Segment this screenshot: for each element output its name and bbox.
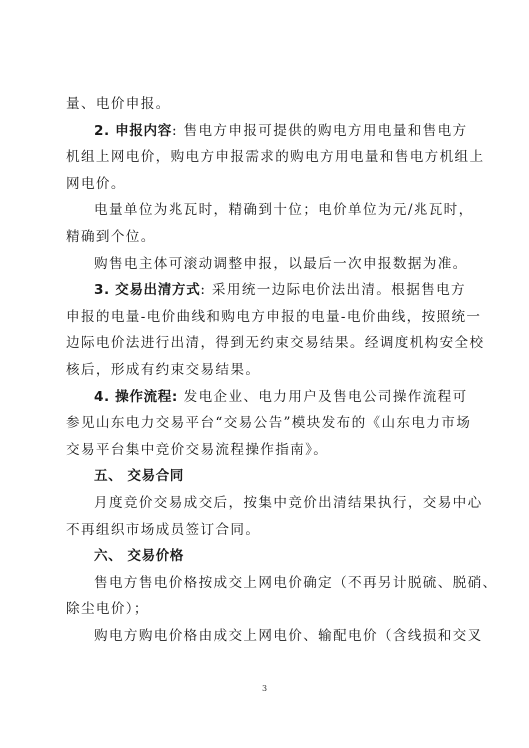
section-item-operation-process: 4. 操作流程: 发电企业、电力用户及售电公司操作流程可: [66, 384, 462, 411]
paragraph-line: 购售电主体可滚动调整申报，以最后一次申报数据为准。: [66, 251, 462, 278]
paragraph-line: 量、电价申报。: [66, 91, 462, 118]
paragraph-line: 机组上网电价，购电方申报需求的购电方用电量和售电方机组上: [66, 144, 462, 171]
paragraph-line: 参见山东电力交易平台“交易公告”模块发布的《山东电力市场: [66, 410, 462, 437]
section-heading-price: 六、 交易价格: [66, 543, 462, 570]
line-text: : 采用统一边际电价法出清。根据售电方: [200, 282, 466, 298]
paragraph-line: 交易平台集中竞价交易流程操作指南》。: [66, 437, 462, 464]
line-text: 电量单位为兆瓦时，精确到十位；电价单位为元/兆瓦时，: [94, 202, 474, 218]
paragraph-line: 精确到个位。: [66, 224, 462, 251]
item-label: 3. 交易出清方式: [94, 282, 200, 298]
section-item-clearing-method: 3. 交易出清方式: 采用统一边际电价法出清。根据售电方: [66, 277, 462, 304]
line-text: 参见山东电力交易平台“交易公告”模块发布的《山东电力市场: [66, 415, 471, 431]
item-label: 2. 申报内容: [94, 123, 172, 139]
line-text: : 售电方申报可提供的购电方用电量和售电方: [172, 123, 468, 139]
paragraph-line: 售电方售电价格按成交上网电价确定（不再另计脱硫、脱硝、: [66, 570, 462, 597]
heading-text: 五、 交易合同: [94, 468, 184, 484]
item-label: 4. 操作流程:: [94, 389, 178, 405]
paragraph-line: 边际电价法进行出清，得到无约束交易结果。经调度机构安全校: [66, 330, 462, 357]
line-text: 交易平台集中竞价交易流程操作指南》。: [66, 442, 328, 458]
paragraph-line: 申报的电量-电价曲线和购电方申报的电量-电价曲线，按照统一: [66, 304, 462, 331]
paragraph-line: 购电方购电价格由成交上网电价、输配电价（含线损和交叉: [66, 623, 462, 650]
line-text: 售电方售电价格按成交上网电价确定（不再另计脱硫、脱硝、: [94, 575, 497, 591]
document-body: 量、电价申报。 2. 申报内容: 售电方申报可提供的购电方用电量和售电方 机组上…: [66, 91, 462, 649]
line-text: 边际电价法进行出清，得到无约束交易结果。经调度机构安全校: [66, 335, 484, 351]
document-page: 量、电价申报。 2. 申报内容: 售电方申报可提供的购电方用电量和售电方 机组上…: [0, 0, 529, 748]
paragraph-line: 网电价。: [66, 171, 462, 198]
line-text: 量、电价申报。: [66, 96, 171, 112]
line-text: 机组上网电价，购电方申报需求的购电方用电量和售电方机组上: [66, 149, 484, 165]
paragraph-line: 除尘电价）；: [66, 596, 462, 623]
line-text: 购电方购电价格由成交上网电价、输配电价（含线损和交叉: [94, 628, 483, 644]
paragraph-line: 不再组织市场成员签订合同。: [66, 517, 462, 544]
section-item-declaration-content: 2. 申报内容: 售电方申报可提供的购电方用电量和售电方: [66, 118, 462, 145]
line-text: 不再组织市场成员签订合同。: [66, 522, 260, 538]
paragraph-line: 电量单位为兆瓦时，精确到十位；电价单位为元/兆瓦时，: [66, 197, 462, 224]
paragraph-line: 核后，形成有约束交易结果。: [66, 357, 462, 384]
line-text: 购售电主体可滚动调整申报，以最后一次申报数据为准。: [94, 256, 468, 272]
line-text: 精确到个位。: [66, 229, 156, 245]
line-text: 发电企业、电力用户及售电公司操作流程可: [178, 389, 468, 405]
line-text: 核后，形成有约束交易结果。: [66, 362, 260, 378]
section-heading-contract: 五、 交易合同: [66, 463, 462, 490]
line-text: 除尘电价）；: [66, 601, 149, 617]
paragraph-line: 月度竞价交易成交后，按集中竞价出清结果执行，交易中心: [66, 490, 462, 517]
heading-text: 六、 交易价格: [94, 548, 184, 564]
line-text: 网电价。: [66, 176, 126, 192]
line-text: 申报的电量-电价曲线和购电方申报的电量-电价曲线，按照统一: [66, 309, 481, 325]
page-number: 3: [0, 684, 529, 693]
line-text: 月度竞价交易成交后，按集中竞价出清结果执行，交易中心: [94, 495, 483, 511]
